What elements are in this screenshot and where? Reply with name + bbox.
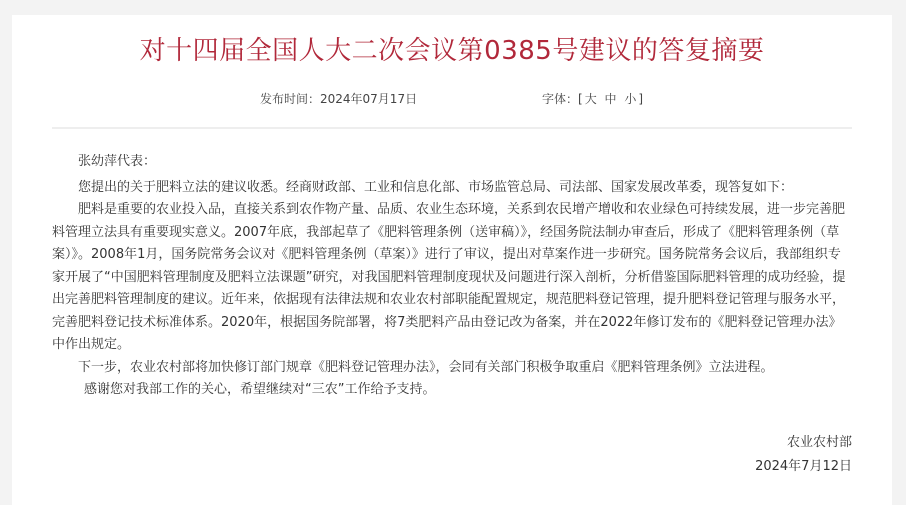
signature: 农业农村部 — [755, 431, 852, 455]
article-title: 对十四届全国人大二次会议第0385号建议的答复摘要 — [12, 33, 892, 69]
paragraph-intro: 您提出的关于肥料立法的建议收悉。经商财政部、工业和信息化部、市场监管总局、司法部… — [52, 177, 852, 200]
publish-date: 发布时间：2024年07月17日 — [260, 90, 417, 108]
sign-date: 2024年7月12日 — [755, 455, 852, 479]
paragraph-next-steps: 下一步，农业农村部将加快修订部门规章《肥料登记管理办法》，会同有关部门积极争取重… — [52, 357, 852, 380]
signoff: 农业农村部 2024年7月12日 — [755, 431, 852, 479]
article-body: 张幼萍代表： 您提出的关于肥料立法的建议收悉。经商财政部、工业和信息化部、市场监… — [52, 151, 852, 402]
bracket-close: ] — [638, 92, 643, 106]
font-size-small-button[interactable]: 小 — [624, 92, 636, 106]
salutation: 张幼萍代表： — [52, 151, 852, 174]
paragraph-thanks: 感谢您对我部工作的关心，希望继续对“三农”工作给予支持。 — [52, 379, 852, 402]
font-size-medium-button[interactable]: 中 — [605, 92, 617, 106]
font-size-label: 字体： — [542, 92, 578, 106]
bracket-open: [ — [578, 92, 583, 106]
header-divider — [52, 127, 852, 129]
paragraph-background: 肥料是重要的农业投入品，直接关系到农作物产量、品质、农业生态环境，关系到农民增产… — [52, 199, 852, 357]
font-size-selector: 字体：[大 中 小] — [542, 90, 643, 108]
font-size-large-button[interactable]: 大 — [585, 92, 597, 106]
article-panel: 对十四届全国人大二次会议第0385号建议的答复摘要 发布时间：2024年07月1… — [12, 15, 892, 500]
